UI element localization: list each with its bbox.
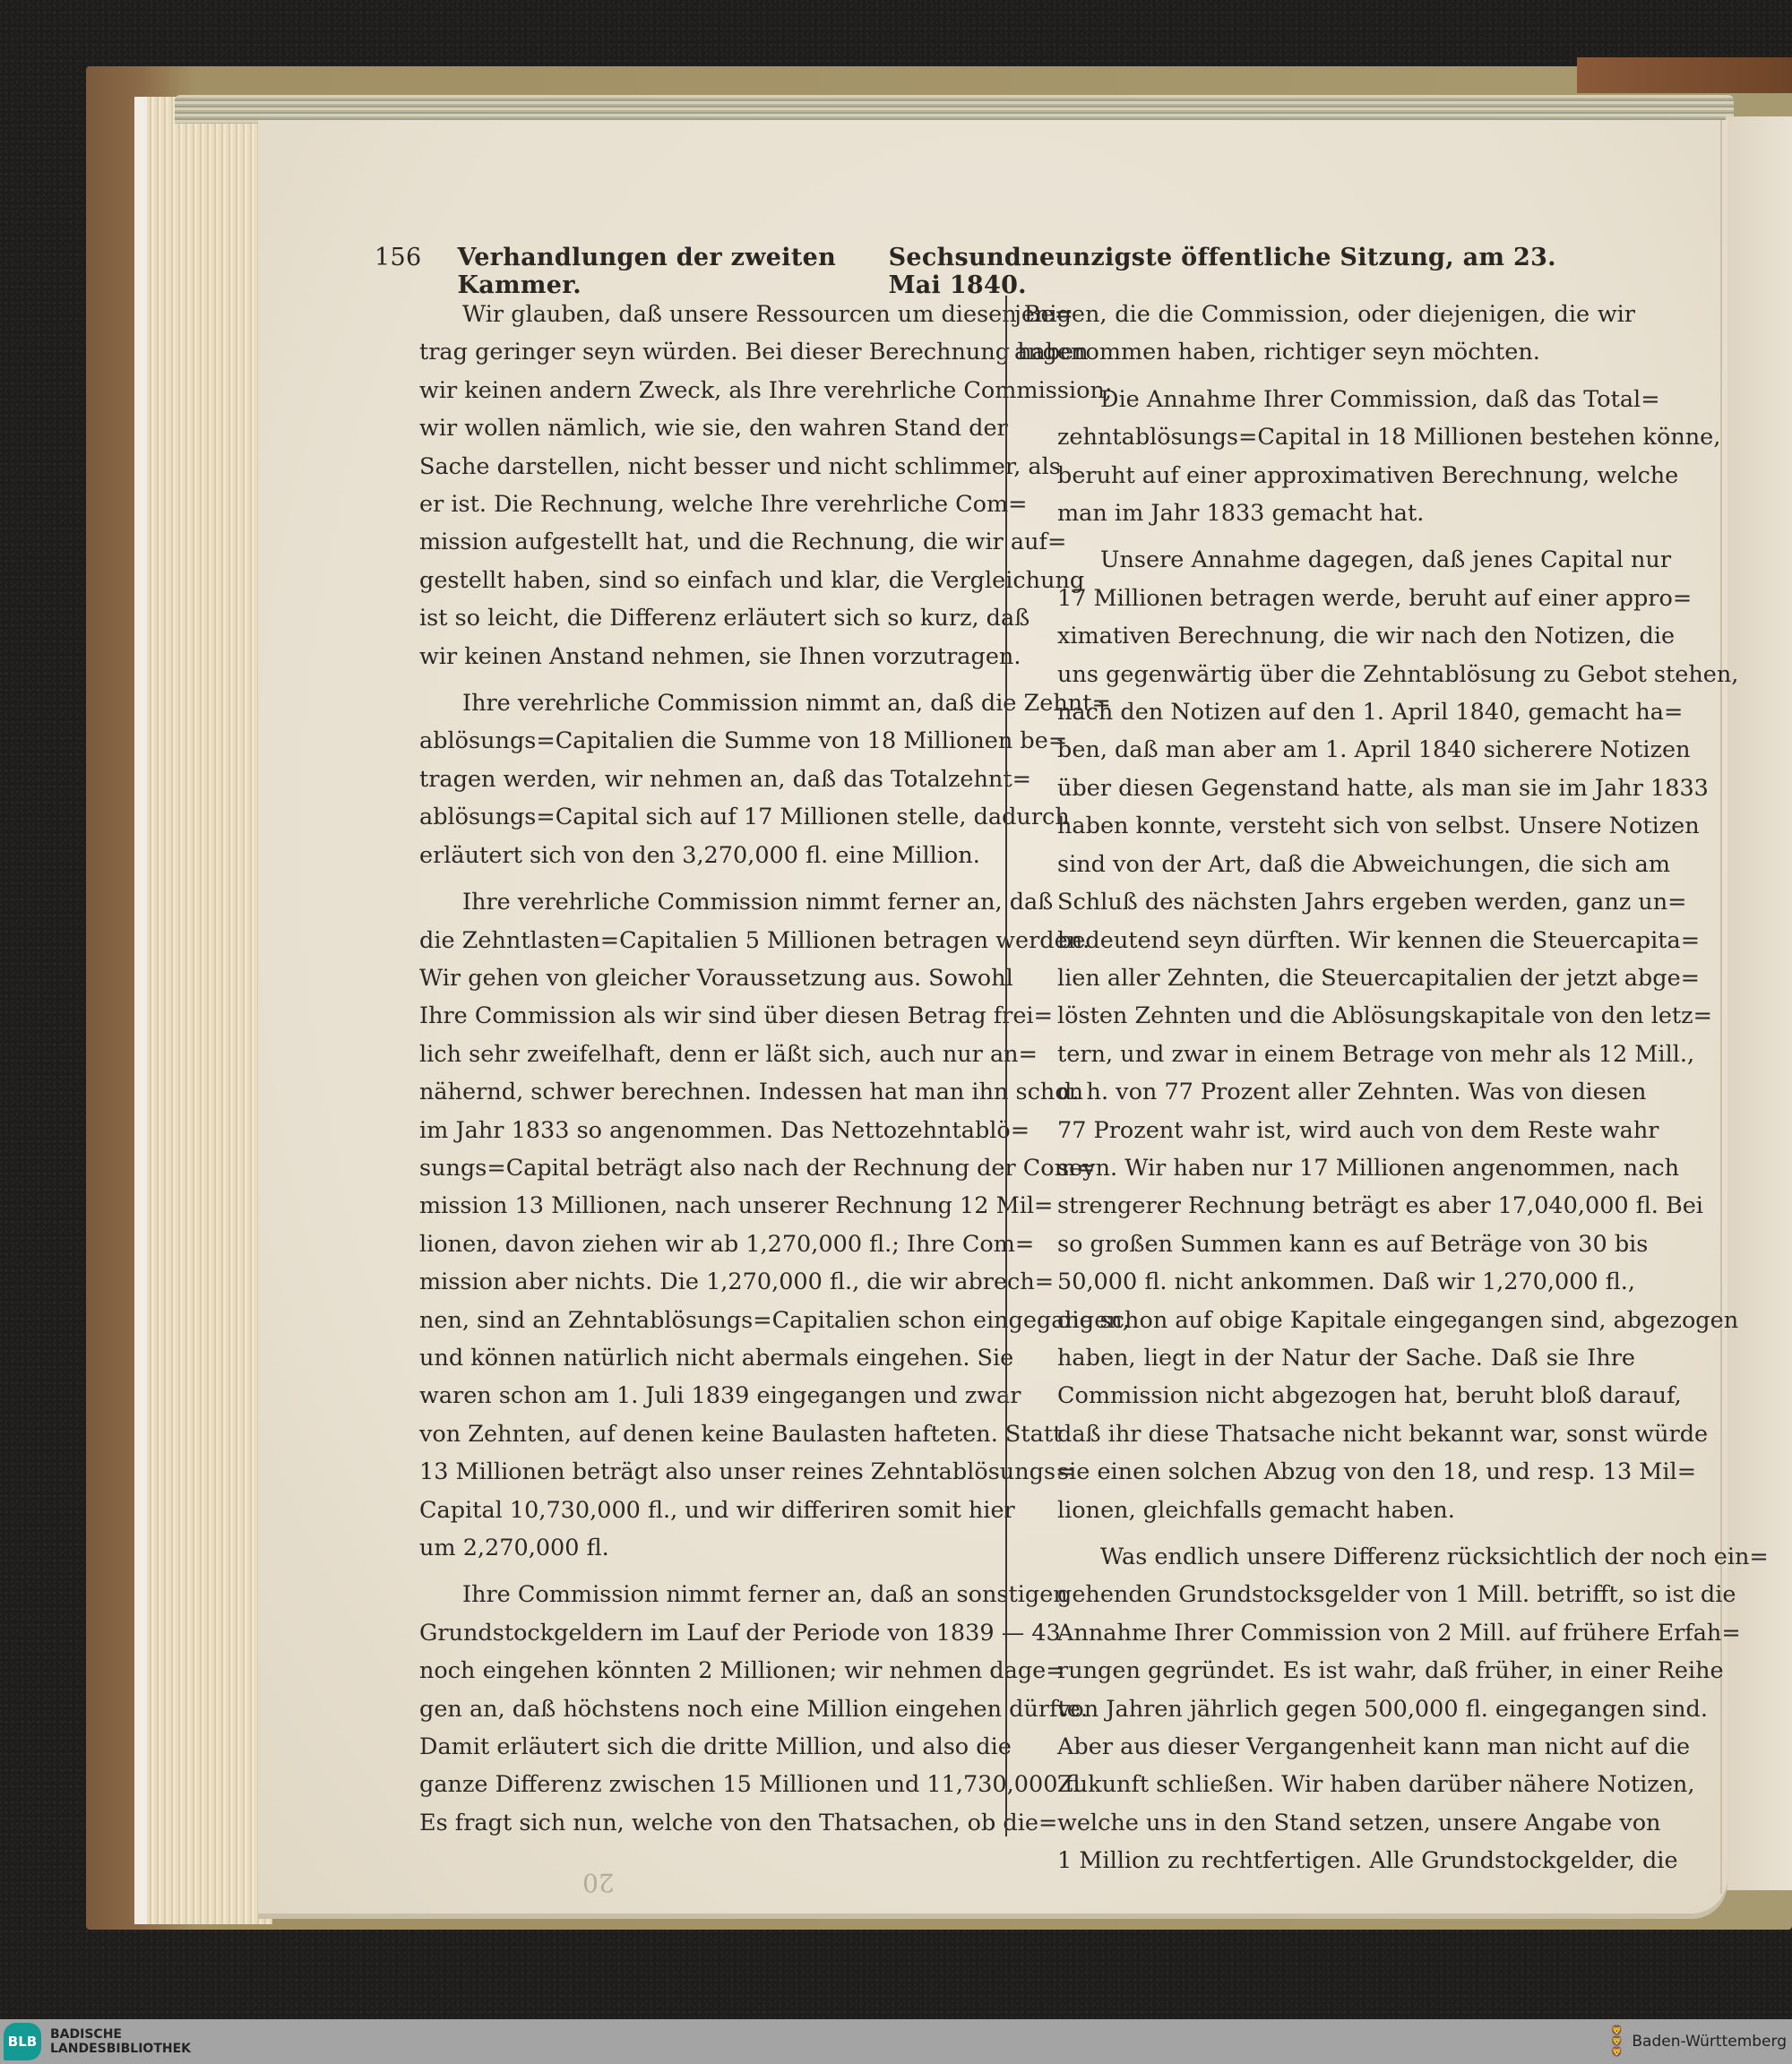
running-head-title: Verhandlungen der zweiten Kammer. Sechsu… bbox=[457, 244, 1575, 299]
bw-name: Baden-Württemberg bbox=[1632, 2033, 1787, 2051]
text-line: 17 Millionen betragen werde, beruht auf … bbox=[1014, 580, 1635, 617]
text-line: Wir glauben, daß unsere Ressourcen um di… bbox=[376, 296, 999, 333]
text-line: haben konnte, versteht sich von selbst. … bbox=[1014, 807, 1635, 845]
text-line: nen, sind an Zehntablösungs=Capitalien s… bbox=[376, 1302, 999, 1339]
text-line: nähernd, schwer berechnen. Indessen hat … bbox=[376, 1073, 999, 1111]
text-line: ist so leicht, die Differenz erläutert s… bbox=[376, 599, 999, 637]
text-line: 13 Millionen beträgt also unser reines Z… bbox=[376, 1453, 999, 1491]
text-line: wir keinen Anstand nehmen, sie Ihnen vor… bbox=[376, 638, 999, 675]
blb-name-line2: LANDESBIBLIOTHEK bbox=[50, 2042, 191, 2056]
text-line: Damit erläutert sich die dritte Million,… bbox=[376, 1728, 999, 1766]
right-text-column: jenigen, die die Commission, oder diejen… bbox=[1014, 296, 1635, 1889]
page-stack-edge bbox=[134, 97, 272, 1924]
text-line: Unsere Annahme dagegen, daß jenes Capita… bbox=[1014, 541, 1635, 579]
text-line: welche uns in den Stand setzen, unsere A… bbox=[1014, 1804, 1635, 1842]
text-line: wir wollen nämlich, wie sie, den wahren … bbox=[376, 409, 999, 447]
column-divider bbox=[1005, 296, 1007, 1836]
text-line: ganze Differenz zwischen 15 Millionen un… bbox=[376, 1766, 999, 1803]
bw-brand[interactable]: 🦁🦁🦁 Baden-Württemberg bbox=[1611, 2025, 1787, 2058]
paragraph: Was endlich unsere Differenz rücksichtli… bbox=[1014, 1538, 1635, 1880]
three-lions-icon: 🦁🦁🦁 bbox=[1611, 2025, 1624, 2058]
blb-name: BADISCHE LANDESBIBLIOTHEK bbox=[50, 2027, 191, 2056]
text-line: von Jahren jährlich gegen 500,000 fl. ei… bbox=[1014, 1690, 1635, 1728]
footer-bar: BLB BADISCHE LANDESBIBLIOTHEK 🦁🦁🦁 Baden-… bbox=[0, 2019, 1792, 2064]
running-head-left: Verhandlungen der zweiten Kammer. bbox=[457, 244, 888, 299]
text-line: waren schon am 1. Juli 1839 eingegangen … bbox=[376, 1377, 999, 1415]
text-line: sungs=Capital beträgt also nach der Rech… bbox=[376, 1149, 999, 1187]
text-line: d. h. von 77 Prozent aller Zehnten. Was … bbox=[1014, 1073, 1635, 1111]
text-line: seyn. Wir haben nur 17 Millionen angenom… bbox=[1014, 1149, 1635, 1187]
text-line: mission 13 Millionen, nach unserer Rechn… bbox=[376, 1187, 999, 1225]
text-line: strengerer Rechnung beträgt es aber 17,0… bbox=[1014, 1187, 1635, 1225]
text-line: nach den Notizen auf den 1. April 1840, … bbox=[1014, 693, 1635, 731]
text-line: Ihre Commission nimmt ferner an, daß an … bbox=[376, 1576, 999, 1613]
text-line: lich sehr zweifelhaft, denn er läßt sich… bbox=[376, 1036, 999, 1073]
paragraph: Ihre Commission nimmt ferner an, daß an … bbox=[376, 1576, 999, 1842]
book-cover-spine-edge bbox=[1577, 57, 1792, 93]
text-line: daß ihr diese Thatsache nicht bekannt wa… bbox=[1014, 1415, 1635, 1453]
text-line: ablösungs=Capitalien die Summe von 18 Mi… bbox=[376, 722, 999, 760]
blb-brand[interactable]: BLB BADISCHE LANDESBIBLIOTHEK bbox=[4, 2023, 191, 2060]
paragraph: Unsere Annahme dagegen, daß jenes Capita… bbox=[1014, 541, 1635, 1529]
text-line: Sache darstellen, nicht besser und nicht… bbox=[376, 448, 999, 486]
paragraph: Ihre verehrliche Commission nimmt ferner… bbox=[376, 883, 999, 1567]
text-line: Aber aus dieser Vergangenheit kann man n… bbox=[1014, 1728, 1635, 1766]
text-line: bedeutend seyn dürften. Wir kennen die S… bbox=[1014, 922, 1635, 959]
text-line: von Zehnten, auf denen keine Baulasten h… bbox=[376, 1415, 999, 1453]
text-line: Commission nicht abgezogen hat, beruht b… bbox=[1014, 1377, 1635, 1415]
text-line: Annahme Ihrer Commission von 2 Mill. auf… bbox=[1014, 1614, 1635, 1652]
text-line: er ist. Die Rechnung, welche Ihre verehr… bbox=[376, 486, 999, 523]
text-line: über diesen Gegenstand hatte, als man si… bbox=[1014, 770, 1635, 807]
text-line: gehenden Grundstocksgelder von 1 Mill. b… bbox=[1014, 1576, 1635, 1613]
paragraph: Ihre verehrliche Commission nimmt an, da… bbox=[376, 684, 999, 874]
text-line: lionen, gleichfalls gemacht haben. bbox=[1014, 1492, 1635, 1529]
page-number: 156 bbox=[375, 244, 421, 271]
blb-logo-icon: BLB bbox=[4, 2023, 41, 2060]
text-line: lionen, davon ziehen wir ab 1,270,000 fl… bbox=[376, 1225, 999, 1263]
text-line: ximativen Berechnung, die wir nach den N… bbox=[1014, 617, 1635, 655]
text-line: Schluß des nächsten Jahrs ergeben werden… bbox=[1014, 883, 1635, 921]
text-line: ben, daß man aber am 1. April 1840 siche… bbox=[1014, 731, 1635, 769]
text-line: man im Jahr 1833 gemacht hat. bbox=[1014, 494, 1635, 532]
text-line: so großen Summen kann es auf Beträge von… bbox=[1014, 1225, 1635, 1263]
text-line: mission aufgestellt hat, und die Rechnun… bbox=[376, 523, 999, 561]
text-line: Ihre verehrliche Commission nimmt an, da… bbox=[376, 684, 999, 722]
running-head-right: Sechsundneunzigste öffentliche Sitzung, … bbox=[889, 244, 1575, 299]
text-line: Die Annahme Ihrer Commission, daß das To… bbox=[1014, 381, 1635, 418]
text-line: die schon auf obige Kapitale eingegangen… bbox=[1014, 1302, 1635, 1339]
left-text-column: Wir glauben, daß unsere Ressourcen um di… bbox=[376, 296, 999, 1851]
paragraph: Die Annahme Ihrer Commission, daß das To… bbox=[1014, 381, 1635, 533]
text-line: 77 Prozent wahr ist, wird auch von dem R… bbox=[1014, 1112, 1635, 1149]
text-line: lösten Zehnten und die Ablösungskapitale… bbox=[1014, 997, 1635, 1035]
text-line: um 2,270,000 fl. bbox=[376, 1529, 999, 1567]
text-line: haben, liegt in der Natur der Sache. Daß… bbox=[1014, 1339, 1635, 1377]
text-line: beruht auf einer approximativen Berechnu… bbox=[1014, 457, 1635, 494]
text-line: Capital 10,730,000 fl., und wir differir… bbox=[376, 1492, 999, 1529]
bleed-through-signature: 20 bbox=[582, 1868, 615, 1897]
text-line: Es fragt sich nun, welche von den Thatsa… bbox=[376, 1804, 999, 1842]
text-line: im Jahr 1833 so angenommen. Das Nettozeh… bbox=[376, 1112, 999, 1149]
text-line: mission aber nichts. Die 1,270,000 fl., … bbox=[376, 1263, 999, 1301]
text-line: die Zehntlasten=Capitalien 5 Millionen b… bbox=[376, 922, 999, 959]
running-head: 156 Verhandlungen der zweiten Kammer. Se… bbox=[375, 244, 1575, 299]
text-line: uns gegenwärtig über die Zehntablösung z… bbox=[1014, 656, 1635, 693]
text-line: Was endlich unsere Differenz rücksichtli… bbox=[1014, 1538, 1635, 1576]
paragraph: Wir glauben, daß unsere Ressourcen um di… bbox=[376, 296, 999, 675]
text-line: und können natürlich nicht abermals eing… bbox=[376, 1339, 999, 1377]
text-line: 50,000 fl. nicht ankommen. Daß wir 1,270… bbox=[1014, 1263, 1635, 1301]
text-line: 1 Million zu rechtfertigen. Alle Grundst… bbox=[1014, 1842, 1635, 1879]
text-line: sind von der Art, daß die Abweichungen, … bbox=[1014, 846, 1635, 883]
text-line: sie einen solchen Abzug von den 18, und … bbox=[1014, 1453, 1635, 1491]
paragraph: jenigen, die die Commission, oder diejen… bbox=[1014, 296, 1635, 372]
text-line: tern, und zwar in einem Betrage von mehr… bbox=[1014, 1036, 1635, 1073]
text-line: gen an, daß höchstens noch eine Million … bbox=[376, 1690, 999, 1728]
text-line: rungen gegründet. Es ist wahr, daß frühe… bbox=[1014, 1652, 1635, 1690]
text-line: erläutert sich von den 3,270,000 fl. ein… bbox=[376, 837, 999, 874]
text-line: ablösungs=Capital sich auf 17 Millionen … bbox=[376, 798, 999, 836]
text-line: gestellt haben, sind so einfach und klar… bbox=[376, 562, 999, 599]
text-line: Ihre Commission als wir sind über diesen… bbox=[376, 997, 999, 1035]
text-line: tragen werden, wir nehmen an, daß das To… bbox=[376, 761, 999, 798]
text-line: Zukunft schließen. Wir haben darüber näh… bbox=[1014, 1766, 1635, 1803]
text-line: Ihre verehrliche Commission nimmt ferner… bbox=[376, 883, 999, 921]
text-line: angenommen haben, richtiger seyn möchten… bbox=[1014, 333, 1635, 371]
text-line: trag geringer seyn würden. Bei dieser Be… bbox=[376, 333, 999, 371]
text-line: Wir gehen von gleicher Voraussetzung aus… bbox=[376, 959, 999, 997]
text-line: Grundstockgeldern im Lauf der Periode vo… bbox=[376, 1614, 999, 1652]
text-line: jenigen, die die Commission, oder diejen… bbox=[1014, 296, 1635, 333]
text-line: zehntablösungs=Capital in 18 Millionen b… bbox=[1014, 418, 1635, 456]
blb-name-line1: BADISCHE bbox=[50, 2027, 191, 2042]
text-line: wir keinen andern Zweck, als Ihre verehr… bbox=[376, 372, 999, 409]
text-line: noch eingehen könnten 2 Millionen; wir n… bbox=[376, 1652, 999, 1690]
text-line: lien aller Zehnten, die Steuercapitalien… bbox=[1014, 959, 1635, 997]
